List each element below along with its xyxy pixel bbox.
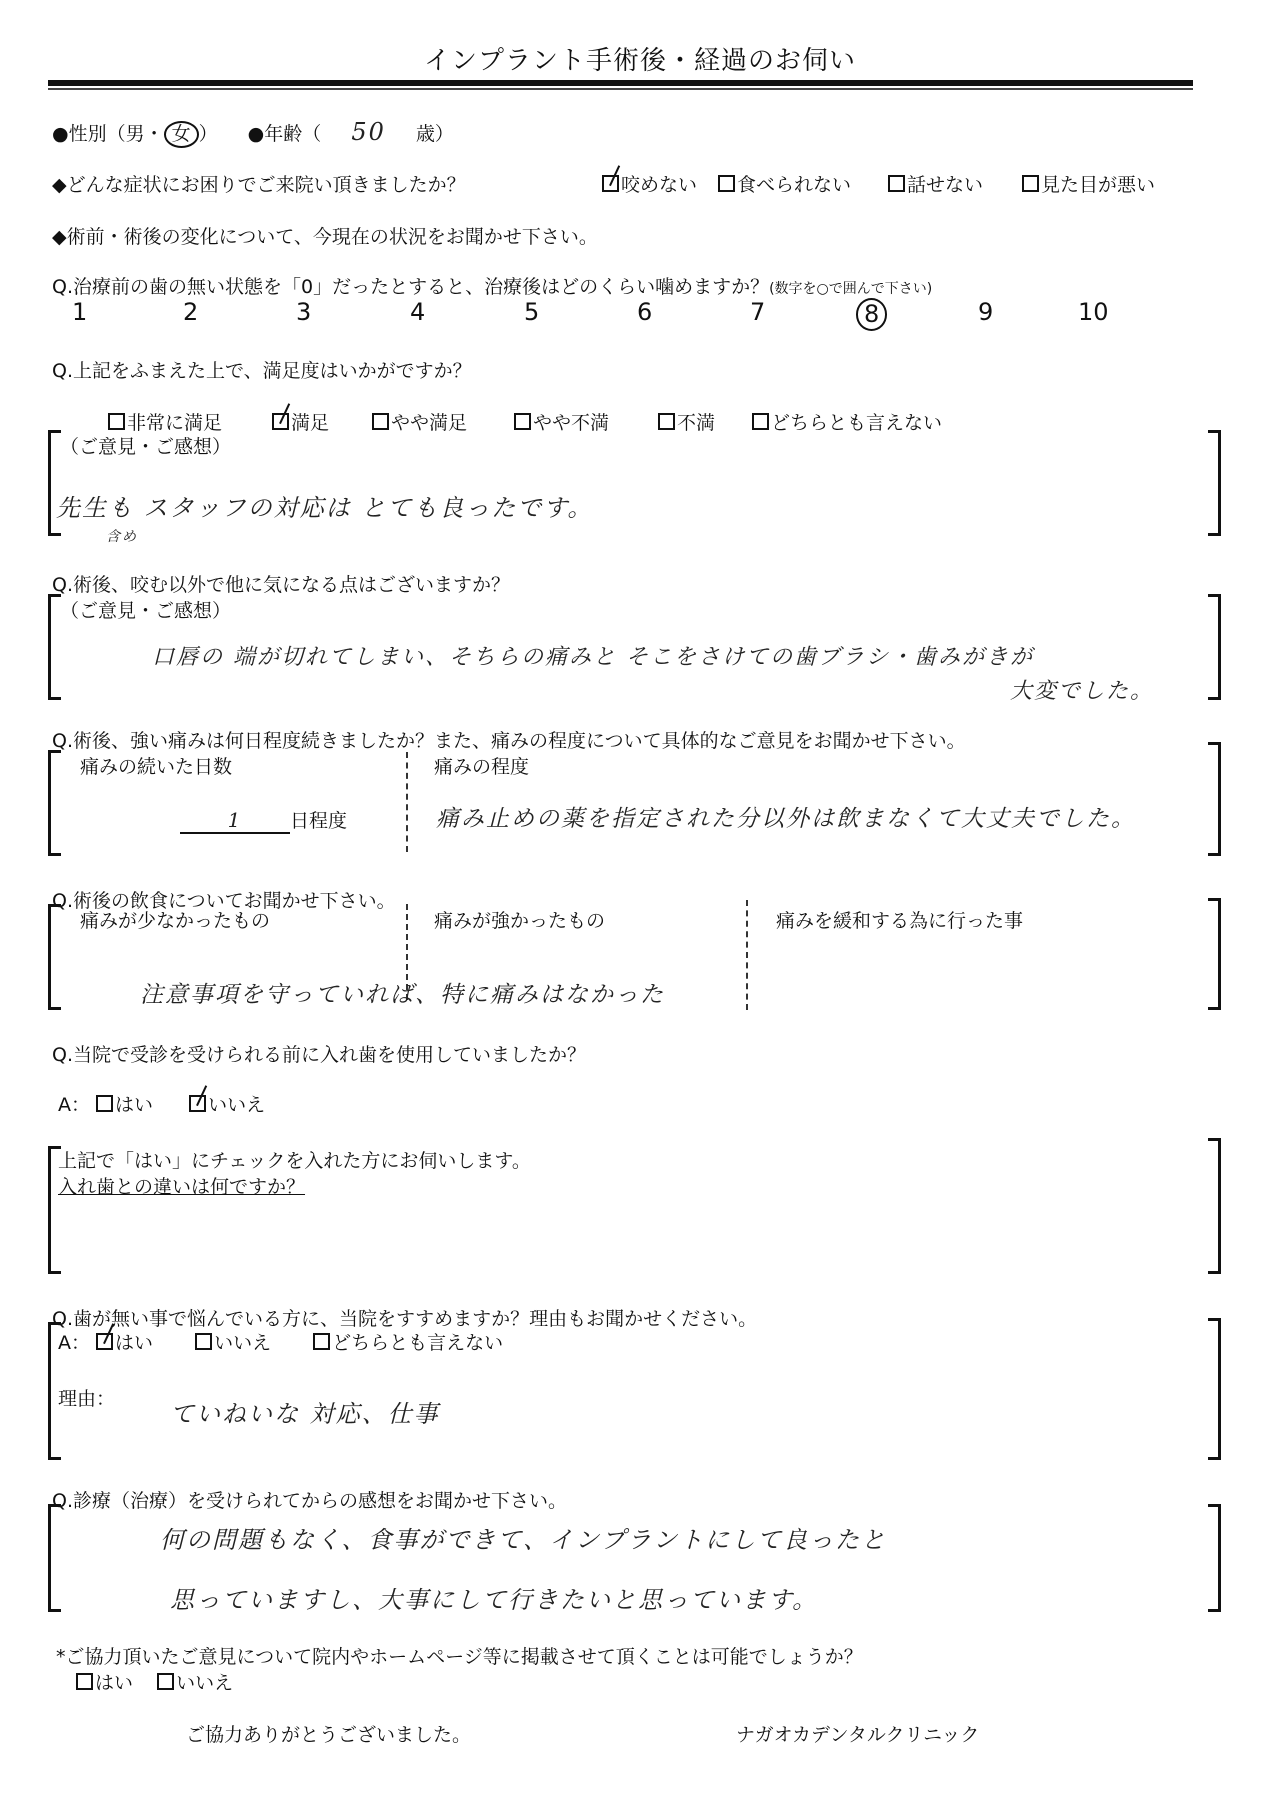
option-label: やや不満 bbox=[533, 412, 609, 434]
option-label: 話せない bbox=[907, 174, 983, 196]
age-value[interactable]: 50 bbox=[351, 118, 386, 146]
question-text: Q.治療前の歯の無い状態を「0」だったとすると、治療後はどのくらい噛めますか？ bbox=[52, 276, 769, 298]
reason-label: 理由： bbox=[58, 1384, 115, 1411]
satisfaction-option[interactable]: 満足 bbox=[272, 408, 329, 435]
bracket-left bbox=[48, 904, 61, 1010]
scale-10[interactable]: 10 bbox=[1078, 298, 1109, 326]
recommend-question: Q.歯が無い事で悩んでいる方に、当院をすすめますか？理由もお聞かせください。 bbox=[52, 1304, 757, 1331]
option-label: 非常に満足 bbox=[127, 412, 222, 434]
scale-2[interactable]: 2 bbox=[183, 298, 198, 326]
diet-col-1: 痛みが少なかったもの bbox=[80, 906, 270, 933]
title-rule-thin bbox=[48, 88, 1193, 90]
denture-option[interactable]: はい bbox=[96, 1094, 153, 1116]
option-label: 見た目が悪い bbox=[1041, 174, 1155, 196]
pain-question: Q.術後、強い痛みは何日程度続きましたか？また、痛みの程度について具体的なご意見… bbox=[52, 726, 966, 753]
question-note: (数字を○で囲んで下さい) bbox=[769, 281, 932, 297]
bracket-right bbox=[1208, 742, 1221, 856]
option-label: 咬めない bbox=[621, 174, 697, 196]
bracket-right bbox=[1208, 1138, 1221, 1274]
checkbox-checked[interactable] bbox=[189, 1095, 206, 1112]
option-label: はい bbox=[115, 1332, 153, 1354]
scale-7[interactable]: 7 bbox=[750, 298, 765, 326]
pain-days-label: 痛みの続いた日数 bbox=[80, 752, 232, 779]
chewing-question: Q.治療前の歯の無い状態を「0」だったとすると、治療後はどのくらい噛めますか？(… bbox=[52, 272, 932, 299]
denture-difference-answer[interactable] bbox=[60, 1200, 1200, 1260]
chewing-scale: 1 2 3 4 5 6 7 8 9 10 bbox=[0, 298, 1280, 338]
satisfaction-option[interactable]: 不満 bbox=[658, 408, 715, 435]
other-concerns-comment-2[interactable]: 大変でした。 bbox=[1010, 674, 1154, 705]
checkbox[interactable] bbox=[514, 413, 531, 430]
symptom-option[interactable]: 見た目が悪い bbox=[1022, 170, 1155, 197]
consent-option[interactable]: はい bbox=[76, 1672, 133, 1694]
symptom-option[interactable]: 食べられない bbox=[718, 170, 851, 197]
clinic-name: ナガオカデンタルクリニック bbox=[736, 1720, 979, 1747]
denture-answer: A： はい いいえ bbox=[58, 1090, 265, 1117]
pain-degree-label: 痛みの程度 bbox=[434, 752, 529, 779]
sex-close: ） bbox=[199, 123, 218, 145]
scale-1[interactable]: 1 bbox=[72, 298, 87, 326]
bracket-right bbox=[1208, 1318, 1221, 1460]
option-label: どちらとも言えない bbox=[771, 412, 942, 434]
option-label: 食べられない bbox=[737, 174, 851, 196]
age-label: ●年齢（ bbox=[248, 123, 322, 145]
option-label: いいえ bbox=[214, 1332, 271, 1354]
diet-answer[interactable]: 注意事項を守っていれば、特に痛みはなかった bbox=[140, 976, 665, 1009]
symptoms-question: ◆どんな症状にお困りでご来院い頂きましたか？ bbox=[52, 170, 466, 197]
thanks-text: ご協力ありがとうございました。 bbox=[186, 1720, 471, 1747]
recommend-option[interactable]: はい bbox=[96, 1332, 153, 1354]
bracket-right bbox=[1208, 1504, 1221, 1612]
checkbox[interactable] bbox=[157, 1673, 174, 1690]
symptom-option[interactable]: 咬めない bbox=[602, 170, 697, 197]
reason-value[interactable]: ていねいな 対応、仕事 bbox=[170, 1394, 440, 1429]
pain-degree-value[interactable]: 痛み止めの薬を指定された分以外は飲まなくて大丈夫でした。 bbox=[436, 800, 1136, 833]
checkbox[interactable] bbox=[1022, 175, 1039, 192]
answer-prefix: A： bbox=[58, 1094, 90, 1116]
impression-question: Q.診療（治療）を受けられてからの感想をお聞かせ下さい。 bbox=[52, 1486, 567, 1513]
bracket-right bbox=[1208, 898, 1221, 1010]
answer-prefix: A： bbox=[58, 1332, 90, 1354]
satisfaction-option[interactable]: どちらとも言えない bbox=[752, 408, 942, 435]
denture-followup: 上記で「はい」にチェックを入れた方にお伺いします。 bbox=[58, 1146, 531, 1173]
consent-question: *ご協力頂いたご意見について院内やホームページ等に掲載させて頂くことは可能でしょ… bbox=[56, 1642, 863, 1669]
checkbox[interactable] bbox=[658, 413, 675, 430]
sex-selected[interactable]: 女 bbox=[164, 121, 199, 148]
checkbox[interactable] bbox=[108, 413, 125, 430]
checkbox[interactable] bbox=[752, 413, 769, 430]
checkbox[interactable] bbox=[313, 1333, 330, 1350]
document-title: インプラント手術後・経過のお伺い bbox=[0, 40, 1280, 77]
scale-3[interactable]: 3 bbox=[296, 298, 311, 326]
checkbox[interactable] bbox=[96, 1095, 113, 1112]
consent-answer: はい いいえ bbox=[76, 1668, 233, 1695]
column-divider bbox=[746, 900, 748, 1010]
column-divider bbox=[406, 752, 408, 852]
bracket-left bbox=[48, 750, 61, 856]
symptom-option[interactable]: 話せない bbox=[888, 170, 983, 197]
checkbox-checked[interactable] bbox=[96, 1333, 113, 1350]
option-label: どちらとも言えない bbox=[332, 1332, 503, 1354]
pain-days-unit: 日程度 bbox=[290, 810, 347, 832]
other-concerns-comment[interactable]: 口唇の 端が切れてしまい、そちらの痛みと そこをさけての歯ブラシ・歯みがきが bbox=[152, 640, 1034, 671]
consent-option[interactable]: いいえ bbox=[157, 1672, 233, 1694]
bracket-right bbox=[1208, 430, 1221, 536]
satisfaction-option[interactable]: やや満足 bbox=[372, 408, 467, 435]
comment-label: （ご意見・ご感想） bbox=[60, 432, 231, 459]
denture-question: Q.当院で受診を受けられる前に入れ歯を使用していましたか？ bbox=[52, 1040, 586, 1067]
option-label: やや満足 bbox=[391, 412, 467, 434]
option-label: はい bbox=[95, 1672, 133, 1694]
impression-line-1[interactable]: 何の問題もなく、食事ができて、インプラントにして良ったと bbox=[160, 1520, 887, 1555]
diet-col-3: 痛みを緩和する為に行った事 bbox=[776, 906, 1023, 933]
sex-label: ●性別（男・ bbox=[52, 123, 164, 145]
checkbox[interactable] bbox=[718, 175, 735, 192]
checkbox[interactable] bbox=[76, 1673, 93, 1690]
checkbox[interactable] bbox=[195, 1333, 212, 1350]
checkbox-checked[interactable] bbox=[602, 175, 619, 192]
diet-col-2: 痛みが強かったもの bbox=[434, 906, 605, 933]
profile-row: ●性別（男・女） ●年齢（ 50 歳） bbox=[52, 118, 454, 148]
satisfaction-question: Q.上記をふまえた上で、満足度はいかがですか？ bbox=[52, 356, 472, 383]
scale-8-selected[interactable]: 8 bbox=[856, 298, 887, 331]
option-label: 不満 bbox=[677, 412, 715, 434]
other-concerns-question: Q.術後、咬む以外で他に気になる点はございますか？ bbox=[52, 570, 510, 597]
scale-9[interactable]: 9 bbox=[978, 298, 993, 326]
checkbox[interactable] bbox=[372, 413, 389, 430]
pain-days: 1日程度 bbox=[180, 806, 347, 834]
age-unit: 歳） bbox=[416, 123, 454, 145]
bracket-left bbox=[48, 1504, 61, 1612]
option-label: 満足 bbox=[291, 412, 329, 434]
scale-6[interactable]: 6 bbox=[637, 298, 652, 326]
comment-insert: 含め bbox=[106, 526, 138, 546]
denture-option[interactable]: いいえ bbox=[189, 1094, 265, 1116]
satisfaction-option[interactable]: 非常に満足 bbox=[108, 408, 222, 435]
recommend-answer: A： はい いいえ どちらとも言えない bbox=[58, 1328, 503, 1355]
title-rule bbox=[48, 80, 1193, 86]
option-label: はい bbox=[115, 1094, 153, 1116]
comment-label: （ご意見・ご感想） bbox=[60, 596, 231, 623]
satisfaction-option[interactable]: やや不満 bbox=[514, 408, 609, 435]
checkbox[interactable] bbox=[888, 175, 905, 192]
denture-followup-question: 入れ歯との違いは何ですか？ bbox=[58, 1172, 305, 1199]
satisfaction-comment[interactable]: 先生も スタッフの対応は とても良ったです。 bbox=[56, 488, 593, 523]
recommend-option[interactable]: どちらとも言えない bbox=[313, 1332, 503, 1354]
option-label: いいえ bbox=[176, 1672, 233, 1694]
scale-4[interactable]: 4 bbox=[410, 298, 425, 326]
recommend-option[interactable]: いいえ bbox=[195, 1332, 271, 1354]
section-intro: ◆術前・術後の変化について、今現在の状況をお聞かせ下さい。 bbox=[52, 222, 598, 249]
pain-days-value[interactable]: 1 bbox=[180, 808, 290, 834]
impression-line-2[interactable]: 思っていますし、大事にして行きたいと思っています。 bbox=[170, 1580, 818, 1615]
bracket-right bbox=[1208, 594, 1221, 700]
option-label: いいえ bbox=[208, 1094, 265, 1116]
scale-5[interactable]: 5 bbox=[524, 298, 539, 326]
checkbox-checked[interactable] bbox=[272, 413, 289, 430]
